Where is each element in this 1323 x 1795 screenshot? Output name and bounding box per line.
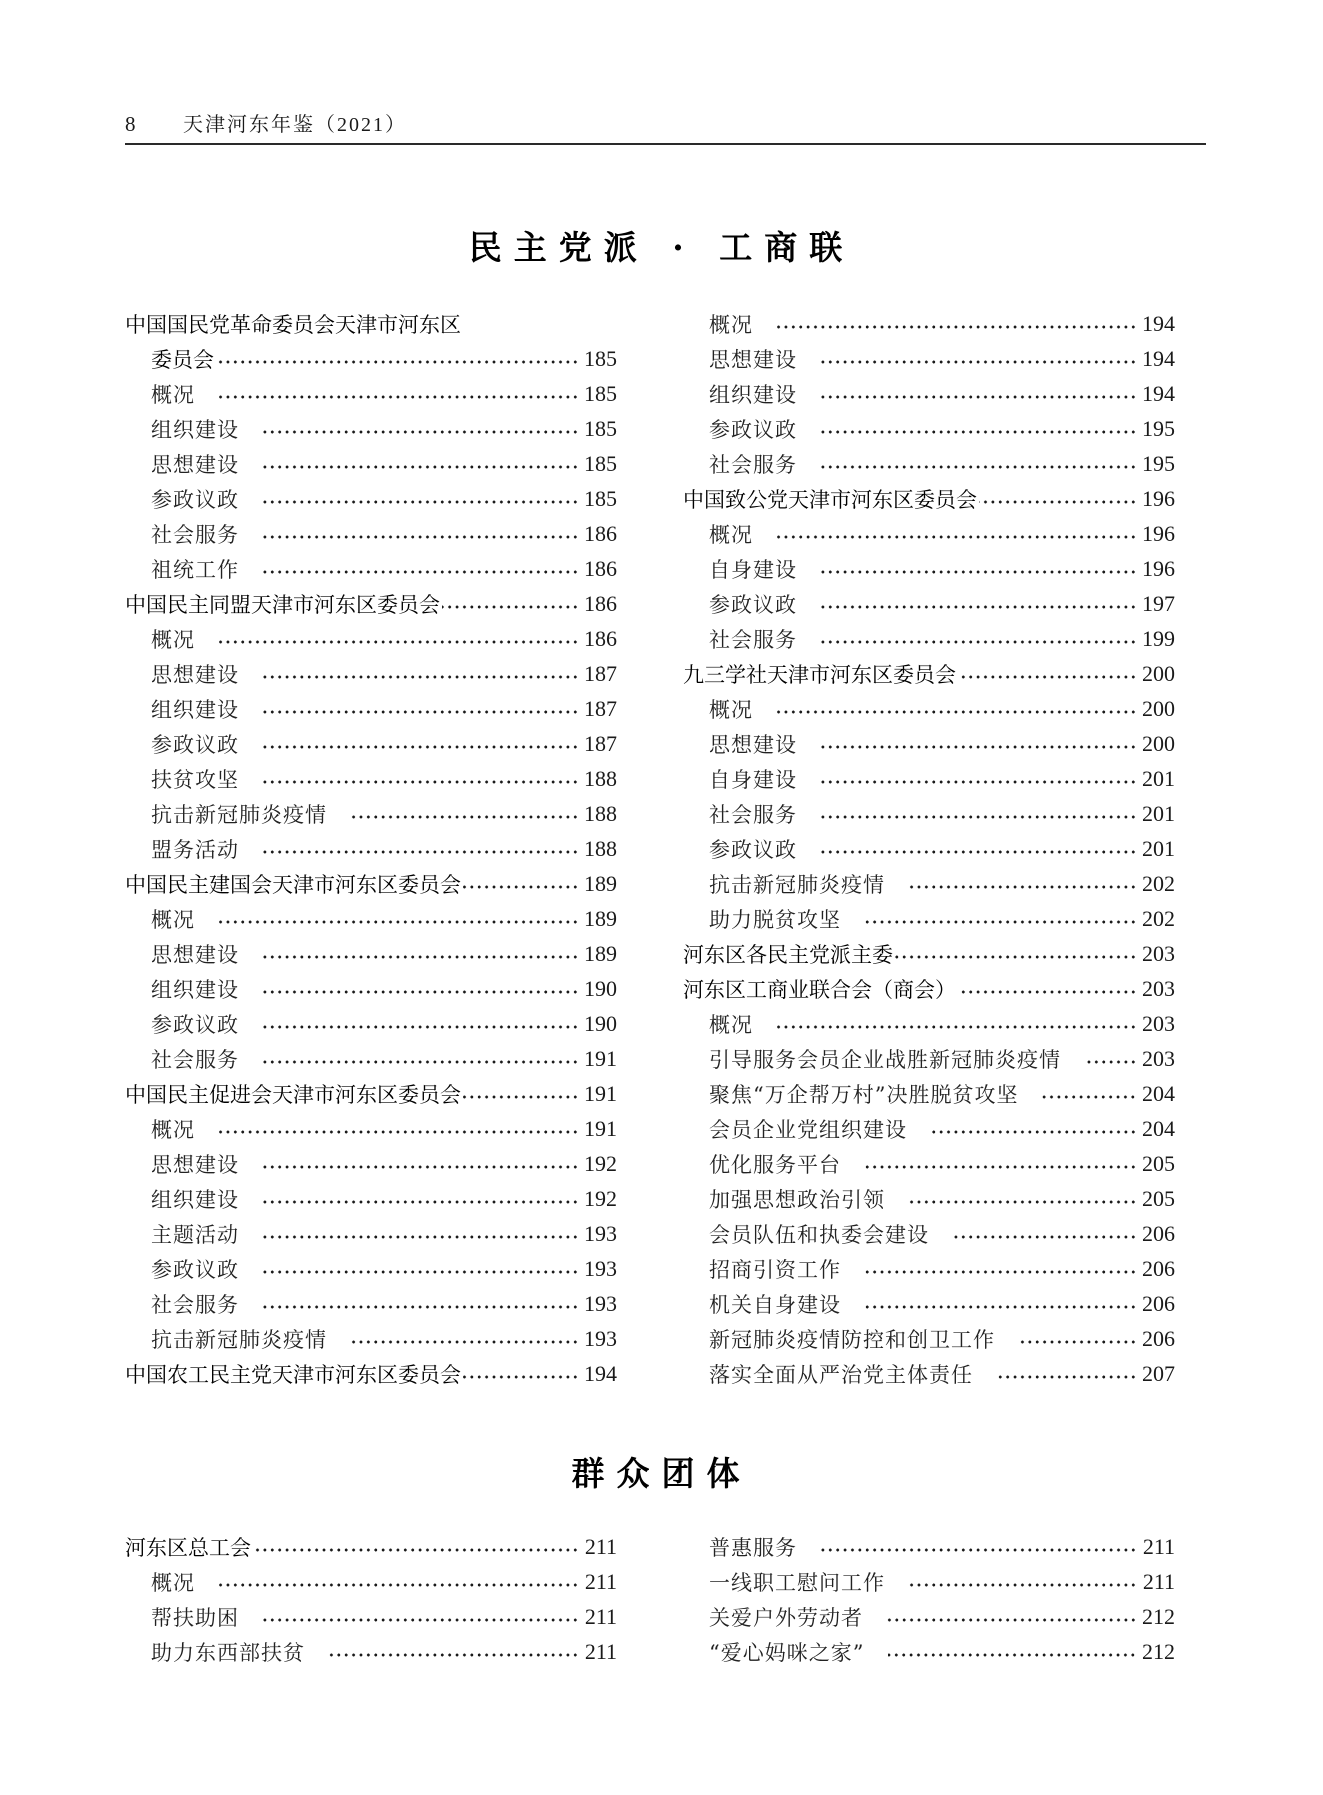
dot-leader [263, 1270, 579, 1274]
toc-page-number: 193 [583, 1326, 617, 1352]
section-title-mass-organizations: 群众团体 [0, 1448, 1323, 1495]
toc-page-number: 194 [583, 1361, 617, 1387]
toc-page-number: 186 [583, 626, 617, 652]
dot-leader [263, 745, 579, 749]
dot-leader [821, 640, 1137, 644]
toc-entry-label: 引导服务会员企业战胜新冠肺炎疫情 [709, 1044, 1083, 1074]
dot-leader [263, 1305, 579, 1309]
toc-page-number: 191 [583, 1116, 617, 1142]
toc-page-number: 188 [583, 801, 617, 827]
toc-entry-label: 思想建设 [151, 659, 261, 689]
toc-page-number: 203 [1141, 976, 1175, 1002]
toc-entry-label: 参政议政 [151, 484, 261, 514]
dot-leader [958, 990, 1137, 994]
toc-entry-label: 组织建设 [151, 694, 261, 724]
toc-entry-main[interactable]: 河东区各民主党派主委203 [683, 936, 1175, 971]
dot-leader [821, 430, 1137, 434]
toc-entry-sub[interactable]: 思想建设187 [125, 656, 617, 691]
dot-leader [895, 955, 1137, 959]
toc-page-number: 191 [583, 1046, 617, 1072]
toc-entry-sub[interactable]: 参政议政197 [683, 586, 1175, 621]
dot-leader [958, 675, 1137, 679]
dot-leader [263, 535, 579, 539]
toc-column-right: 概况194思想建设194组织建设194参政议政195社会服务195中国致公党天津… [683, 306, 1175, 1391]
toc-page-number: 211 [1141, 1534, 1175, 1560]
toc-page-number: 205 [1141, 1186, 1175, 1212]
toc-entry-sub[interactable]: 祖统工作186 [125, 551, 617, 586]
toc-entry-sub[interactable]: 社会服务195 [683, 446, 1175, 481]
toc-entry-sub[interactable]: 思想建设200 [683, 726, 1175, 761]
toc-entry-main[interactable]: 河东区总工会211 [125, 1529, 617, 1564]
toc-entry-sub[interactable]: 思想建设189 [125, 936, 617, 971]
toc-entry-label: 一线职工慰问工作 [709, 1567, 907, 1597]
toc-entry-label: 概况 [709, 1009, 775, 1039]
toc-entry-label: 河东区总工会 [125, 1532, 251, 1562]
toc-entry-main[interactable]: 中国致公党天津市河东区委员会196 [683, 481, 1175, 516]
dot-leader [821, 465, 1137, 469]
dot-leader [821, 395, 1137, 399]
dot-leader [263, 465, 579, 469]
toc-page-number: 188 [583, 766, 617, 792]
toc-page-number: 203 [1141, 1046, 1175, 1072]
dot-leader [821, 1548, 1137, 1552]
dot-leader [329, 1653, 579, 1657]
dot-leader [821, 780, 1137, 784]
toc-entry-label: 参政议政 [151, 1254, 261, 1284]
toc-entry-sub[interactable]: 社会服务191 [125, 1041, 617, 1076]
toc-page-number: 194 [1141, 381, 1175, 407]
toc-entry-sub[interactable]: 概况203 [683, 1006, 1175, 1041]
toc-page-number: 195 [1141, 451, 1175, 477]
toc-entry-label: 助力脱贫攻坚 [709, 904, 863, 934]
toc-page-number: 211 [583, 1639, 617, 1665]
dot-leader [263, 780, 579, 784]
toc-entry-sub[interactable]: 关爱户外劳动者212 [683, 1599, 1175, 1634]
dot-leader [1019, 1340, 1137, 1344]
toc-column-left: 河东区总工会211概况211帮扶助困211助力东西部扶贫211 [125, 1529, 617, 1669]
dot-leader [263, 1200, 579, 1204]
toc-entry-label: 社会服务 [709, 624, 819, 654]
toc-page-number: 188 [583, 836, 617, 862]
dot-leader [931, 1130, 1137, 1134]
toc-page-number: 200 [1141, 731, 1175, 757]
dot-leader [263, 1165, 579, 1169]
dot-leader [351, 1340, 579, 1344]
toc-entry-sub[interactable]: 盟务活动188 [125, 831, 617, 866]
toc-entry-label: 概况 [151, 624, 217, 654]
toc-entry-sub[interactable]: 社会服务186 [125, 516, 617, 551]
dot-leader [442, 605, 579, 609]
toc-entry-label: 会员企业党组织建设 [709, 1114, 929, 1144]
toc-entry-label: 社会服务 [151, 1289, 261, 1319]
dot-leader [821, 745, 1137, 749]
toc-page-number: 206 [1141, 1326, 1175, 1352]
toc-entry-label: 抗击新冠肺炎疫情 [151, 799, 349, 829]
toc-page-number: 192 [583, 1186, 617, 1212]
dot-leader [1085, 1060, 1137, 1064]
toc-page-number: 201 [1141, 801, 1175, 827]
toc-page-number: 205 [1141, 1151, 1175, 1177]
toc-entry-sub[interactable]: 概况191 [125, 1111, 617, 1146]
dot-leader [865, 1165, 1137, 1169]
toc-entry-label: 中国致公党天津市河东区委员会 [683, 484, 977, 514]
toc-entry-label: 思想建设 [151, 1149, 261, 1179]
toc-entry-label: 参政议政 [709, 414, 819, 444]
toc-entry-sub[interactable]: 会员队伍和执委会建设206 [683, 1216, 1175, 1251]
toc-entry-main[interactable]: 中国民主建国会天津市河东区委员会189 [125, 866, 617, 901]
toc-entry-label: 思想建设 [709, 344, 819, 374]
toc-entry-label: 加强思想政治引领 [709, 1184, 907, 1214]
toc-entry-main[interactable]: 九三学社天津市河东区委员会200 [683, 656, 1175, 691]
toc-page-number: 190 [583, 1011, 617, 1037]
toc-entry-sub[interactable]: 参政议政187 [125, 726, 617, 761]
toc-entry-sub[interactable]: 加强思想政治引领205 [683, 1181, 1175, 1216]
toc-entry-label: 概况 [151, 1567, 217, 1597]
toc-page-number: 193 [583, 1291, 617, 1317]
toc-page-number: 204 [1141, 1116, 1175, 1142]
toc-entry-label: 组织建设 [709, 379, 819, 409]
toc-page-number: 187 [583, 696, 617, 722]
toc-entry-main[interactable]: 中国民主同盟天津市河东区委员会186 [125, 586, 617, 621]
toc-entry-label: 落实全面从严治党主体责任 [709, 1359, 995, 1389]
dot-leader [263, 570, 579, 574]
toc-entry-sub[interactable]: 社会服务193 [125, 1286, 617, 1321]
toc-entry-label: 思想建设 [151, 449, 261, 479]
toc-column-left: 中国国民党革命委员会天津市河东区委员会185概况185组织建设185思想建设18… [125, 306, 617, 1391]
dot-leader [997, 1375, 1137, 1379]
toc-entry-label: 自身建设 [709, 554, 819, 584]
toc-page-number: 196 [1141, 521, 1175, 547]
toc-entry-sub[interactable]: “爱心妈咪之家”212 [683, 1634, 1175, 1669]
toc-page-number: 193 [583, 1221, 617, 1247]
dot-leader [263, 710, 579, 714]
dot-leader [821, 605, 1137, 609]
dot-leader [865, 920, 1137, 924]
toc-entry-label: 中国民主同盟天津市河东区委员会 [125, 589, 440, 619]
dot-leader [777, 535, 1137, 539]
toc-page-number: 185 [583, 381, 617, 407]
toc-entry-sub[interactable]: 招商引资工作206 [683, 1251, 1175, 1286]
toc-entry-sub[interactable]: 概况186 [125, 621, 617, 656]
toc-entry-label: 组织建设 [151, 1184, 261, 1214]
toc-page-number: 211 [1141, 1569, 1175, 1595]
toc-entry-label: 参政议政 [151, 1009, 261, 1039]
dot-leader [263, 990, 579, 994]
toc-entry-main[interactable]: 河东区工商业联合会（商会）203 [683, 971, 1175, 1006]
dot-leader [263, 500, 579, 504]
dot-leader [263, 430, 579, 434]
toc-page-number: 202 [1141, 906, 1175, 932]
toc-page-number: 197 [1141, 591, 1175, 617]
dot-leader [777, 325, 1137, 329]
toc-page-number: 190 [583, 976, 617, 1002]
toc-entry-label: 概况 [151, 1114, 217, 1144]
toc-page-number: 185 [583, 486, 617, 512]
toc-entry-sub[interactable]: 助力东西部扶贫211 [125, 1634, 617, 1669]
toc-page-number: 202 [1141, 871, 1175, 897]
toc-entry-label: 参政议政 [709, 589, 819, 619]
toc-entry-sub[interactable]: 概况194 [683, 306, 1175, 341]
toc-entry-sub[interactable]: 概况185 [125, 376, 617, 411]
dot-leader [219, 1583, 579, 1587]
toc-entry-label: 组织建设 [151, 414, 261, 444]
toc-entry-sub[interactable]: 概况200 [683, 691, 1175, 726]
toc-entry-sub[interactable]: 组织建设187 [125, 691, 617, 726]
toc-page-number: 201 [1141, 836, 1175, 862]
dot-leader [865, 1270, 1137, 1274]
toc-entry-label: 机关自身建设 [709, 1289, 863, 1319]
section-title-democratic-parties: 民主党派 · 工商联 [0, 222, 1323, 269]
dot-leader [263, 1618, 579, 1622]
toc-entry-label: 社会服务 [151, 1044, 261, 1074]
dot-leader [1042, 1095, 1137, 1099]
dot-leader [263, 1060, 579, 1064]
toc-entry-label: 中国农工民主党天津市河东区委员会 [125, 1359, 461, 1389]
toc-entry-sub[interactable]: 组织建设190 [125, 971, 617, 1006]
toc-page-number: 201 [1141, 766, 1175, 792]
dot-leader [979, 500, 1137, 504]
toc-entry-sub[interactable]: 扶贫攻坚188 [125, 761, 617, 796]
toc-entry-sub[interactable]: 组织建设185 [125, 411, 617, 446]
toc-entry-sub[interactable]: 概况196 [683, 516, 1175, 551]
toc-page-number: 191 [583, 1081, 617, 1107]
dot-leader [263, 850, 579, 854]
dot-leader [463, 885, 579, 889]
dot-leader [909, 1583, 1137, 1587]
dot-leader [909, 885, 1137, 889]
toc-entry-sub[interactable]: 思想建设185 [125, 446, 617, 481]
toc-entry-sub[interactable]: 概况189 [125, 901, 617, 936]
toc-entry-sub[interactable]: 思想建设192 [125, 1146, 617, 1181]
dot-leader [777, 1025, 1137, 1029]
toc-entry-label: 普惠服务 [709, 1532, 819, 1562]
toc-entry-sub[interactable]: 参政议政195 [683, 411, 1175, 446]
dot-leader [351, 815, 579, 819]
toc-entry-sub[interactable]: 参政议政185 [125, 481, 617, 516]
dot-leader [263, 955, 579, 959]
toc-entry-label: 会员队伍和执委会建设 [709, 1219, 951, 1249]
toc-entry-main[interactable]: 委员会185 [125, 341, 617, 376]
dot-leader [865, 1305, 1137, 1309]
toc-entry-sub[interactable]: 社会服务201 [683, 796, 1175, 831]
toc-entry-sub[interactable]: 思想建设194 [683, 341, 1175, 376]
dot-leader [821, 815, 1137, 819]
toc-entry-sub[interactable]: 参政议政190 [125, 1006, 617, 1041]
toc-page-number: 204 [1141, 1081, 1175, 1107]
toc-entry-sub[interactable]: 参政议政193 [125, 1251, 617, 1286]
toc-page-number: 206 [1141, 1221, 1175, 1247]
toc-entry-label: 盟务活动 [151, 834, 261, 864]
toc-entry-label: 聚焦“万企帮万村”决胜脱贫攻坚 [709, 1079, 1040, 1109]
toc-page-number: 186 [583, 591, 617, 617]
toc-entry-label: 助力东西部扶贫 [151, 1637, 327, 1667]
dot-leader [253, 1548, 579, 1552]
toc-entry-label: 中国民主促进会天津市河东区委员会 [125, 1079, 461, 1109]
toc-entry-sub[interactable]: 助力脱贫攻坚202 [683, 901, 1175, 936]
dot-leader [821, 360, 1137, 364]
toc-entry-label: 组织建设 [151, 974, 261, 1004]
toc-page-number: 206 [1141, 1291, 1175, 1317]
dot-leader [888, 1653, 1137, 1657]
toc-entry-label: 社会服务 [709, 799, 819, 829]
toc-page-number: 203 [1141, 1011, 1175, 1037]
book-title: 天津河东年鉴（2021） [183, 108, 407, 137]
toc-entry-label: 帮扶助困 [151, 1602, 261, 1632]
toc-entry-sub[interactable]: 自身建设196 [683, 551, 1175, 586]
toc-entry-label: 思想建设 [709, 729, 819, 759]
toc-entry-label: 委员会 [151, 344, 214, 374]
toc-entry-label: 抗击新冠肺炎疫情 [709, 869, 907, 899]
toc-page-number: 212 [1141, 1639, 1175, 1665]
toc-entry-label: 概况 [151, 379, 217, 409]
toc-page-number: 185 [583, 346, 617, 372]
toc-page-number: 194 [1141, 346, 1175, 372]
dot-leader [821, 850, 1137, 854]
toc-page-number: 189 [583, 871, 617, 897]
toc-page-number: 200 [1141, 661, 1175, 687]
toc-entry-sub[interactable]: 会员企业党组织建设204 [683, 1111, 1175, 1146]
dot-leader [219, 1130, 579, 1134]
dot-leader [887, 1618, 1137, 1622]
toc-entry-label: 概况 [709, 694, 775, 724]
toc-page-number: 189 [583, 941, 617, 967]
toc-entry-sub[interactable]: 组织建设192 [125, 1181, 617, 1216]
toc-page-number: 186 [583, 556, 617, 582]
toc-entry-label: 招商引资工作 [709, 1254, 863, 1284]
toc-entry-sub[interactable]: 落实全面从严治党主体责任207 [683, 1356, 1175, 1391]
toc-page-number: 196 [1141, 556, 1175, 582]
toc-entry-sub[interactable]: 优化服务平台205 [683, 1146, 1175, 1181]
toc-entry-sub[interactable]: 引导服务会员企业战胜新冠肺炎疫情203 [683, 1041, 1175, 1076]
toc-entry-label: 参政议政 [151, 729, 261, 759]
toc-page-number: 194 [1141, 311, 1175, 337]
toc-entry-label: 自身建设 [709, 764, 819, 794]
dot-leader [219, 395, 579, 399]
toc-entry-sub[interactable]: 机关自身建设206 [683, 1286, 1175, 1321]
toc-column-right: 普惠服务211一线职工慰问工作211关爱户外劳动者212“爱心妈咪之家”212 [683, 1529, 1175, 1669]
toc-entry-sub[interactable]: 新冠肺炎疫情防控和创卫工作206 [683, 1321, 1175, 1356]
toc-page-number: 192 [583, 1151, 617, 1177]
toc-entry-label: 概况 [709, 519, 775, 549]
toc-entry-sub[interactable]: 主题活动193 [125, 1216, 617, 1251]
toc-page-number: 203 [1141, 941, 1175, 967]
toc-entry-sub[interactable]: 自身建设201 [683, 761, 1175, 796]
toc-entry-label: 九三学社天津市河东区委员会 [683, 659, 956, 689]
toc-entry-sub[interactable]: 抗击新冠肺炎疫情188 [125, 796, 617, 831]
toc-entry-label: 主题活动 [151, 1219, 261, 1249]
page-number: 8 [125, 112, 183, 137]
toc-page-number: 211 [583, 1604, 617, 1630]
toc-entry-label: 社会服务 [151, 519, 261, 549]
toc-page-number: 187 [583, 661, 617, 687]
toc-page-number: 185 [583, 451, 617, 477]
toc-entry-sub[interactable]: 组织建设194 [683, 376, 1175, 411]
dot-leader [263, 1235, 579, 1239]
toc-entry-sub[interactable]: 普惠服务211 [683, 1529, 1175, 1564]
toc-entry-sub[interactable]: 抗击新冠肺炎疫情202 [683, 866, 1175, 901]
toc-entry-label: 参政议政 [709, 834, 819, 864]
toc-entry-sub[interactable]: 一线职工慰问工作211 [683, 1564, 1175, 1599]
toc-page-number: 195 [1141, 416, 1175, 442]
toc-page-number: 212 [1141, 1604, 1175, 1630]
toc-entry-label: 扶贫攻坚 [151, 764, 261, 794]
toc-page-number: 193 [583, 1256, 617, 1282]
toc-entry-sub[interactable]: 参政议政201 [683, 831, 1175, 866]
header-rule [125, 143, 1206, 145]
toc-entry-label: 中国国民党革命委员会天津市河东区 [125, 309, 461, 339]
toc-entry-label: “爱心妈咪之家” [709, 1637, 886, 1667]
toc-entry-sub[interactable]: 聚焦“万企帮万村”决胜脱贫攻坚204 [683, 1076, 1175, 1111]
toc-page-number: 207 [1141, 1361, 1175, 1387]
dot-leader [216, 360, 579, 364]
dot-leader [463, 1095, 579, 1099]
toc-page-number: 187 [583, 731, 617, 757]
toc-entry-sub[interactable]: 抗击新冠肺炎疫情193 [125, 1321, 617, 1356]
dot-leader [219, 640, 579, 644]
toc-entry-main[interactable]: 中国国民党革命委员会天津市河东区 [125, 306, 617, 341]
dot-leader [953, 1235, 1137, 1239]
toc-entry-sub[interactable]: 帮扶助困211 [125, 1599, 617, 1634]
toc-entry-label: 河东区各民主党派主委 [683, 939, 893, 969]
dot-leader [263, 675, 579, 679]
toc-page-number: 211 [583, 1534, 617, 1560]
toc-entry-label: 社会服务 [709, 449, 819, 479]
toc-entry-label: 祖统工作 [151, 554, 261, 584]
toc-entry-label: 河东区工商业联合会（商会） [683, 974, 956, 1004]
toc-page-number: 196 [1141, 486, 1175, 512]
toc-entry-label: 中国民主建国会天津市河东区委员会 [125, 869, 461, 899]
dot-leader [219, 920, 579, 924]
toc-entry-sub[interactable]: 社会服务199 [683, 621, 1175, 656]
toc-page-number: 211 [583, 1569, 617, 1595]
toc-page-number: 185 [583, 416, 617, 442]
dot-leader [821, 570, 1137, 574]
toc-entry-label: 概况 [709, 309, 775, 339]
toc-entry-label: 优化服务平台 [709, 1149, 863, 1179]
toc-entry-label: 概况 [151, 904, 217, 934]
dot-leader [463, 1375, 579, 1379]
toc-entry-label: 新冠肺炎疫情防控和创卫工作 [709, 1324, 1017, 1354]
toc-entry-main[interactable]: 中国农工民主党天津市河东区委员会194 [125, 1356, 617, 1391]
toc-entry-main[interactable]: 中国民主促进会天津市河东区委员会191 [125, 1076, 617, 1111]
dot-leader [263, 1025, 579, 1029]
toc-entry-label: 思想建设 [151, 939, 261, 969]
toc-page-number: 199 [1141, 626, 1175, 652]
toc-page-number: 200 [1141, 696, 1175, 722]
toc-entry-sub[interactable]: 概况211 [125, 1564, 617, 1599]
toc-page-number: 206 [1141, 1256, 1175, 1282]
dot-leader [777, 710, 1137, 714]
toc-entry-label: 关爱户外劳动者 [709, 1602, 885, 1632]
running-head: 8 天津河东年鉴（2021） [125, 108, 1205, 137]
toc-page-number: 189 [583, 906, 617, 932]
dot-leader [909, 1200, 1137, 1204]
toc-entry-label: 抗击新冠肺炎疫情 [151, 1324, 349, 1354]
toc-page-number: 186 [583, 521, 617, 547]
